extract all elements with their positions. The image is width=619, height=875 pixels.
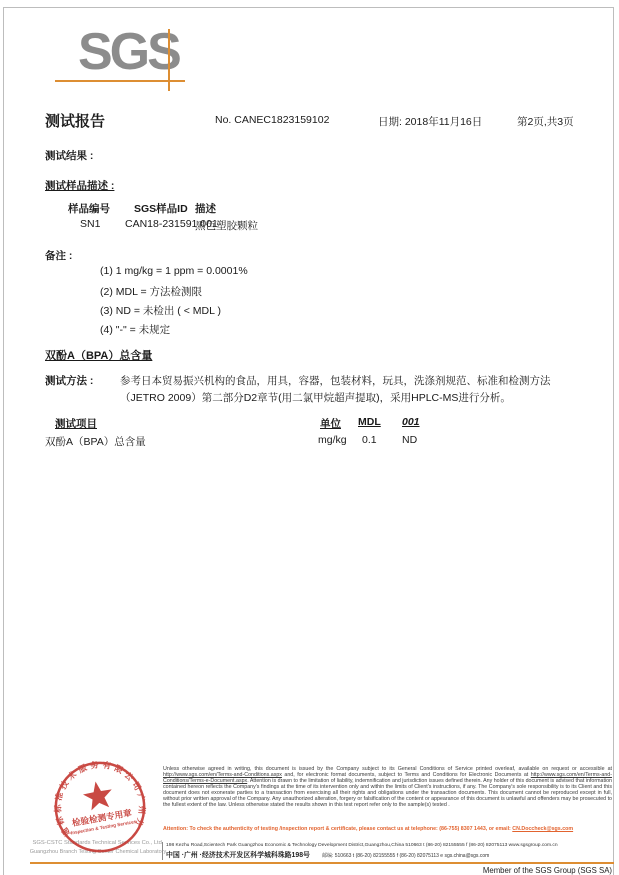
page-indicator: 第2页,共3页 bbox=[517, 114, 574, 129]
notes-label: 备注 : bbox=[45, 248, 72, 263]
address-cn: 中国 ·广州 ·经济技术开发区科学城科珠路198号 bbox=[166, 849, 310, 859]
method-text: 参考日本贸易振兴机构的食品，用具，容器，包装材料，玩具，洗涤剂规范、标准和检测方… bbox=[120, 373, 588, 407]
result-col-sample-001: 001 bbox=[402, 416, 420, 428]
report-title: 测试报告 bbox=[45, 110, 105, 131]
result-col-mdl: MDL bbox=[358, 416, 381, 428]
stamp-ring bbox=[49, 756, 151, 858]
doccheck-email-link[interactable]: CN.Doccheck@sgs.com bbox=[512, 826, 573, 832]
sample-col-desc: 描述 bbox=[195, 201, 216, 216]
logo-underline-rule bbox=[55, 80, 185, 82]
address-cn-line: 中国 ·广州 ·经济技术开发区科学城科珠路198号 邮编: 510663 t (… bbox=[166, 849, 489, 859]
bottom-orange-rule bbox=[30, 862, 614, 864]
sample-desc-heading: 测试样品描述 : bbox=[45, 178, 114, 193]
inspection-stamp-icon: 通标标准技术服务有限公司广州分公司 检验检测专用章 Inspection & T… bbox=[44, 751, 155, 862]
note-item-1: (1) 1 mg/kg = 1 ppm = 0.0001% bbox=[100, 265, 248, 277]
note-item-4: (4) "-" = 未规定 bbox=[100, 322, 170, 337]
result-row-value: ND bbox=[402, 434, 417, 446]
note-item-2: (2) MDL = 方法检测限 bbox=[100, 284, 202, 299]
address-cn-contact: 邮编: 510663 t (86-20) 82155555 f (86-20) … bbox=[322, 852, 489, 859]
result-col-unit: 单位 bbox=[320, 416, 341, 431]
note-item-3: (3) ND = 未检出 ( < MDL ) bbox=[100, 303, 221, 318]
address-en: 198 Kezhu Road,Scientech Park Guangzhou … bbox=[166, 843, 558, 848]
result-row-test-item: 双酚A（BPA）总含量 bbox=[45, 434, 146, 449]
sgs-logo: SGS bbox=[78, 26, 179, 78]
result-row-unit: mg/kg bbox=[318, 434, 347, 446]
attention-note: Attention: To check the authenticity of … bbox=[163, 826, 612, 832]
sample-col-sgs-id: SGS样品ID bbox=[134, 201, 188, 216]
logo-cross-rule bbox=[168, 29, 170, 91]
attention-text: Attention: To check the authenticity of … bbox=[163, 826, 512, 832]
report-number: No. CANEC1823159102 bbox=[215, 114, 329, 126]
bpa-heading: 双酚A（BPA）总含量 bbox=[45, 347, 152, 363]
results-label: 测试结果 : bbox=[45, 148, 93, 163]
footer-divider-rule bbox=[162, 842, 163, 860]
method-label: 测试方法 : bbox=[45, 373, 93, 388]
stamp-star-icon bbox=[81, 779, 115, 811]
member-note: Member of the SGS Group (SGS SA) bbox=[362, 866, 612, 875]
sample-col-sn: 样品编号 bbox=[68, 201, 110, 216]
result-col-test-item: 测试项目 bbox=[55, 416, 97, 431]
report-date: 日期: 2018年11月16日 bbox=[378, 114, 482, 129]
sample-row-desc: 黑色塑胶颗粒 bbox=[195, 218, 258, 233]
result-row-mdl: 0.1 bbox=[362, 434, 377, 446]
sample-row-sn: SN1 bbox=[80, 218, 100, 230]
disclaimer-text: Unless otherwise agreed in writing, this… bbox=[163, 767, 612, 809]
